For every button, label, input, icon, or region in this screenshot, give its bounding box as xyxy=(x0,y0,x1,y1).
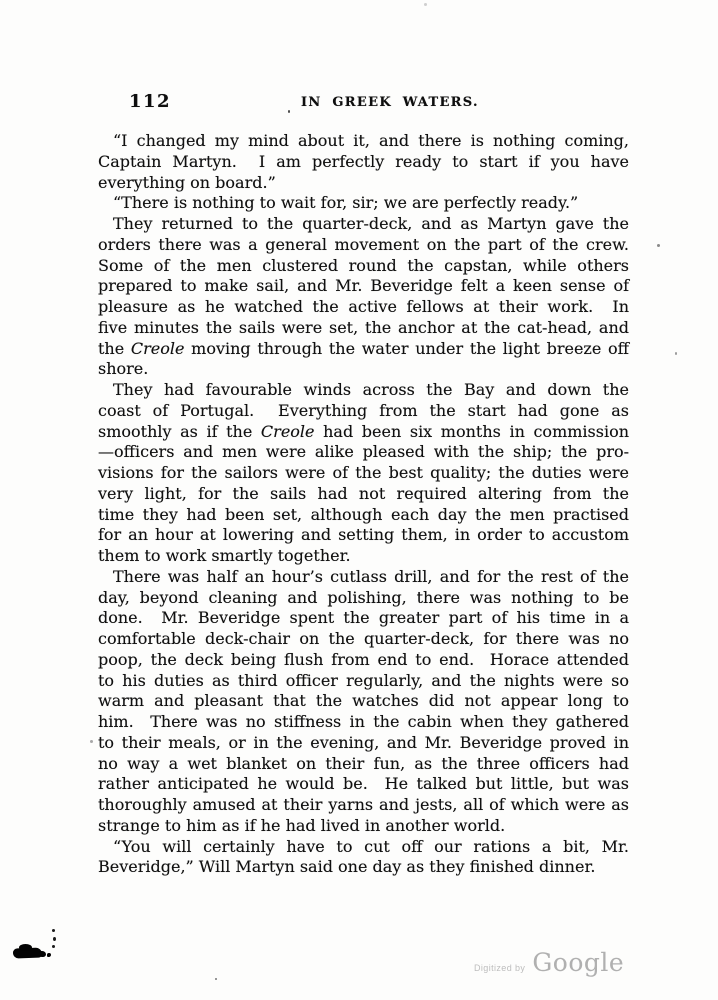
text-line: rather anticipated he would be. He talke… xyxy=(98,774,629,795)
margin-dot xyxy=(52,929,55,932)
text-line: orders there was a general movement on t… xyxy=(98,235,629,256)
text-line: five minutes the sails were set, the anc… xyxy=(98,318,629,339)
google-watermark: Digitized by Google xyxy=(474,948,624,977)
margin-dot xyxy=(53,937,56,941)
scan-speck xyxy=(675,352,677,355)
text-line: everything on board.” xyxy=(98,173,629,194)
ink-blot-shape xyxy=(39,951,46,957)
text-line: Some of the men clustered round the caps… xyxy=(98,256,629,277)
text-line: visions for the sailors were of the best… xyxy=(98,463,629,484)
text-line: They returned to the quarter-deck, and a… xyxy=(98,214,629,235)
margin-dot xyxy=(52,945,55,948)
text-line: smoothly as if the Creole had been six m… xyxy=(98,422,629,443)
scan-speck xyxy=(424,3,427,6)
text-line: Beveridge,” Will Martyn said one day as … xyxy=(98,857,629,878)
text-line: to their meals, or in the evening, and M… xyxy=(98,733,629,754)
text-line: “You will certainly have to cut off our … xyxy=(98,837,629,858)
text-line: the Creole moving through the water unde… xyxy=(98,339,629,360)
text-line: —officers and men were alike pleased wit… xyxy=(98,442,629,463)
text-line: shore. xyxy=(98,359,629,380)
text-line: no way a wet blanket on their fun, as th… xyxy=(98,754,629,775)
digitized-by-label: Digitized by xyxy=(474,963,525,973)
text-line: them to work smartly together. xyxy=(98,546,629,567)
scan-speck xyxy=(657,244,660,247)
scan-speck xyxy=(288,110,290,113)
text-line: poop, the deck being flush from end to e… xyxy=(98,650,629,671)
text-line: comfortable deck-chair on the quarter-de… xyxy=(98,629,629,650)
text-line: him. There was no stiffness in the cabin… xyxy=(98,712,629,733)
text-line: for an hour at lowering and setting them… xyxy=(98,525,629,546)
text-line: warm and pleasant that the watches did n… xyxy=(98,691,629,712)
text-line: pleasure as he watched the active fellow… xyxy=(98,297,629,318)
book-page-scan: 112 IN GREEK WATERS. “I changed my mind … xyxy=(0,0,718,1000)
page-number: 112 xyxy=(129,91,171,112)
text-line: to his duties as third officer regularly… xyxy=(98,671,629,692)
google-logo: Google xyxy=(532,948,624,977)
ink-blot-shape xyxy=(19,944,32,951)
scan-speck xyxy=(90,740,93,743)
scan-speck xyxy=(215,978,217,980)
text-line: thoroughly amused at their yarns and jes… xyxy=(98,795,629,816)
text-line: “I changed my mind about it, and there i… xyxy=(98,131,629,152)
text-line: very light, for the sails had not requir… xyxy=(98,484,629,505)
text-line: strange to him as if he had lived in ano… xyxy=(98,816,629,837)
text-line: Captain Martyn. I am perfectly ready to … xyxy=(98,152,629,173)
page-text: “I changed my mind about it, and there i… xyxy=(98,131,629,878)
ink-blot-shape xyxy=(47,953,51,957)
text-line: time they had been set, although each da… xyxy=(98,505,629,526)
text-line: prepared to make sail, and Mr. Beveridge… xyxy=(98,276,629,297)
text-line: day, beyond cleaning and polishing, ther… xyxy=(98,588,629,609)
text-line: coast of Portugal. Everything from the s… xyxy=(98,401,629,422)
running-title: IN GREEK WATERS. xyxy=(301,95,479,110)
text-line: done. Mr. Beveridge spent the greater pa… xyxy=(98,608,629,629)
text-line: They had favourable winds across the Bay… xyxy=(98,380,629,401)
text-line: “There is nothing to wait for, sir; we a… xyxy=(98,193,629,214)
text-line: There was half an hour’s cutlass drill, … xyxy=(98,567,629,588)
